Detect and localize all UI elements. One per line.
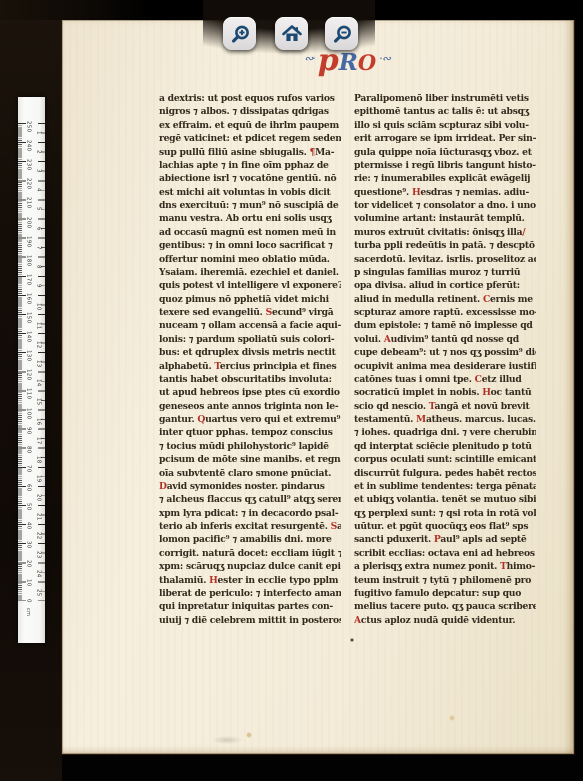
- text-line: corpus oculati sunt: scintille emicant.: [354, 453, 536, 466]
- rubric-initial: A: [354, 615, 361, 626]
- text-line: Actus aploz nudā quidē videntur.: [354, 614, 536, 627]
- text-line: opa divisa. aliud in cortice pferūt:: [354, 279, 536, 292]
- text-line: qd interptat sciēcie plenitudo p totū: [354, 440, 536, 453]
- text-line: dum epistole: ⁊ tamē nō implesse qd: [354, 319, 536, 332]
- text-line: volui. Audivim⁹ tantū qd nosse qd: [354, 333, 536, 346]
- rubric-initial: S: [266, 307, 272, 318]
- text-line: David symonides noster. pindarus: [159, 480, 341, 493]
- text-line: Paralipomenō liber instrumēti vetis: [354, 92, 536, 105]
- text-line: qʒ perplexi sunt: ⁊ qsi rota in rotā vol…: [354, 507, 536, 520]
- ruler-label: 12: [35, 341, 41, 349]
- ruler-label: 220: [25, 178, 31, 189]
- ruler-label: 6: [35, 227, 41, 231]
- ruler-label: 180: [25, 255, 31, 266]
- text-line: alphabetū. Tercius principia et fines: [159, 360, 341, 373]
- ruler-label: 21: [35, 513, 41, 521]
- ruler-label: 17: [35, 437, 41, 445]
- text-line: muros extruūt civitatis: ōnisqʒ illa/: [354, 226, 536, 239]
- text-line: socraticū implet in nobis. Hoc tantū: [354, 386, 536, 399]
- text-line: melius tacere puto. qʒ pauca scribere.: [354, 600, 536, 613]
- ruler-label: 7: [35, 246, 41, 250]
- ruler-label: 19: [35, 475, 41, 483]
- text-line: nigros ⁊ albos. ⁊ dissipatas qdrigas: [159, 105, 341, 118]
- text-line: offertur nomini meo oblatio mūda.: [159, 253, 341, 266]
- ruler-label: 16: [35, 418, 41, 426]
- zoom-in-button[interactable]: [223, 17, 256, 50]
- text-line: et ubiqʒ volantia. tenēt se mutuo sibi-: [354, 493, 536, 506]
- ruler-label: 10: [35, 303, 41, 311]
- text-line: quoz pimus nō pphetiā videt michi: [159, 293, 341, 306]
- text-line: inter qtuor pphas. tempoz conscius: [159, 426, 341, 439]
- ruler-label: 2: [35, 150, 41, 154]
- text-line: gula quippe noīa iūcturasqʒ vboz. et: [354, 146, 536, 159]
- text-line: ptermisse i regū libris tangunt histo-: [354, 159, 536, 172]
- text-line: ⁊ tocius mūdi philohystoric⁹ lapidē: [159, 440, 341, 453]
- text-line: est michi ait voluntas in vobis dicit: [159, 186, 341, 199]
- text-line: a dextris: ut post equos rufos varios: [159, 92, 341, 105]
- ruler-label: 110: [25, 388, 31, 399]
- text-column-right: Paralipomenō liber instrumēti vetisepith…: [354, 92, 536, 627]
- ruler-label: 5: [35, 207, 41, 211]
- ruler-label: 18: [35, 456, 41, 464]
- ruler-label: 0: [25, 599, 31, 603]
- ruler-label: 10: [25, 579, 31, 587]
- text-line: corrigit. naturā docet: eccliam iūgit ⁊: [159, 547, 341, 560]
- rubric-initial: C: [475, 374, 482, 385]
- ruler-label: 24: [35, 570, 41, 578]
- text-line: ⁊ alcheus flaccus qʒ catull⁹ atqʒ seren⁹…: [159, 493, 341, 506]
- ruler-label: 70: [25, 465, 31, 473]
- text-line: scio qd nescio. Tangā et novū brevit: [354, 400, 536, 413]
- text-line: geneseos ante annos triginta non le-: [159, 400, 341, 413]
- ruler-label: 50: [25, 503, 31, 511]
- rubric-initial: H: [482, 387, 490, 398]
- ruler-label: 210: [25, 197, 31, 208]
- rubric-initial: D: [159, 481, 167, 492]
- ruler-label: cm: [25, 608, 30, 616]
- ruler-label: 40: [25, 522, 31, 530]
- ruler-label: 80: [25, 446, 31, 454]
- ruler-label: 4: [35, 188, 41, 192]
- house-icon: [281, 23, 303, 45]
- text-line: sacerdotū. levitaz. isrlis. proselitoz a…: [354, 253, 536, 266]
- text-line: liberat de periculo: ⁊ interfecto aman: [159, 587, 341, 600]
- text-line: lonis: ⁊ pardum spoliatū suis colori-: [159, 333, 341, 346]
- text-line: erit arrogare se ipm irrideat. Per sin-: [354, 132, 536, 145]
- text-line: questione⁹. Hesdras ⁊ nemias. adiu-: [354, 186, 536, 199]
- rubric-initial: ¶: [310, 147, 316, 158]
- rubric-initial: /: [522, 227, 525, 238]
- ruler-label: 150: [25, 312, 31, 323]
- text-line: discurrūt fulgura. pedes habēt rectos.: [354, 467, 536, 480]
- text-line: sancti pduxerit. Paul⁹ apls ad septē: [354, 533, 536, 546]
- ruler-label: 13: [35, 360, 41, 368]
- text-line: ⁊ iohes. quadriga dni. ⁊ vere cherubin: [354, 426, 536, 439]
- text-line: turba ppli redeūtis in patā. ⁊ descptō: [354, 239, 536, 252]
- text-line: illo si quis sciām scpturaz sibi volu-: [354, 119, 536, 132]
- ruler-label: 200: [25, 217, 31, 228]
- ruler-label: 9: [35, 284, 41, 288]
- text-line: epithomē tantus ac talis ē: ut absqʒ: [354, 105, 536, 118]
- text-line: uūtur. et pgūt quocūqʒ eos flat⁹ sps: [354, 520, 536, 533]
- text-line: volumine artant: instaurāt templū.: [354, 212, 536, 225]
- home-button[interactable]: [275, 17, 308, 50]
- ruler-label: 20: [35, 494, 41, 502]
- text-line: ex effraim. et equū de ihrlm paupem: [159, 119, 341, 132]
- ruler-label: 240: [25, 140, 31, 151]
- text-line: rie: ⁊ inumerabiles explicāt ewāgelij: [354, 172, 536, 185]
- text-line: catōnes tuas i omni tpe. Cetz illud: [354, 373, 536, 386]
- magnifier-minus-icon: [331, 23, 353, 45]
- text-line: lomon pacific⁹ ⁊ amabilis dni. more: [159, 533, 341, 546]
- text-line: gentibus: ⁊ in omni loco sacrificat ⁊: [159, 239, 341, 252]
- rubric-initial: H: [209, 575, 217, 586]
- text-line: pcisum de mōte sine manibs. et regna: [159, 453, 341, 466]
- text-line: tor videlicet ⁊ consolator a dno. i uno: [354, 199, 536, 212]
- text-line: testamentū. Matheus. marcus. lucas.: [354, 413, 536, 426]
- ruler-label: 1: [35, 131, 41, 135]
- text-line: qui inpretatur iniquitas partes con-: [159, 600, 341, 613]
- ruler-label: 8: [35, 265, 41, 269]
- text-line: Ysaiam. iheremiā. ezechiel et daniel.: [159, 266, 341, 279]
- text-line: tantis habet obscuritatibs involuta:: [159, 373, 341, 386]
- text-line: oīa subvtentē claro smone pnūciat.: [159, 467, 341, 480]
- text-line: sup pullū filiū asine sbiugalis. ¶Ma-: [159, 146, 341, 159]
- rubric-initial: A: [384, 334, 391, 345]
- text-line: nuceam ⁊ ollam accensā a facie aqui-: [159, 319, 341, 332]
- ruler-label: 130: [25, 350, 31, 361]
- rubric-initial: T: [429, 401, 435, 412]
- text-line: uiuij ⁊ diē celebrem mittit in posteros.: [159, 614, 341, 627]
- ruler-label: 22: [35, 532, 41, 540]
- manuscript-page[interactable]: ∾· pRO ·∾ a dextris: ut post equos rufos…: [62, 20, 574, 754]
- rubric-initial: T: [214, 361, 220, 372]
- text-line: ad occasū magnū est nomen meū in: [159, 226, 341, 239]
- text-line: regē vaticinet: et pdicet regem sedentē: [159, 132, 341, 145]
- text-line: bus: et qdruplex divsis metris nectit: [159, 346, 341, 359]
- rubric-initial: Q: [197, 414, 205, 425]
- ruler-label: 15: [35, 398, 41, 406]
- ruler-label: 14: [35, 379, 41, 387]
- text-line: cupe debeam⁹: ut ⁊ nos qʒ possim⁹ dice:: [354, 346, 536, 359]
- rubric-initial: T: [500, 561, 507, 572]
- ruler-label: 30: [25, 541, 31, 549]
- text-line: scpturaz amore raptū. excessisse mo-: [354, 306, 536, 319]
- rubric-initial: C: [483, 294, 490, 305]
- rubric-initial: H: [412, 187, 420, 198]
- text-line: gantur. Quartus vero qui et extremu⁹: [159, 413, 341, 426]
- ruler: 2502402302202102001901801701601501401301…: [18, 97, 45, 643]
- ruler-label: 20: [25, 560, 31, 568]
- ruler-label: 25: [35, 589, 41, 597]
- ruler-label: 23: [35, 551, 41, 559]
- text-line: manu vestra. Ab ortu eni solis usqʒ: [159, 212, 341, 225]
- text-line: ocupivit anima mea desiderare iustifi-: [354, 360, 536, 373]
- ruler-label: 60: [25, 484, 31, 492]
- text-line: a plerisqʒ extra numez ponit. Thimo-: [354, 560, 536, 573]
- text-line: scribit ecclias: octava eni ad hebreos: [354, 547, 536, 560]
- rubric-initial: M: [416, 414, 426, 425]
- ruler-label: 170: [25, 274, 31, 285]
- ruler-label: 250: [25, 121, 31, 132]
- text-line: lachias apte ⁊ in fine oīm pphaz de: [159, 159, 341, 172]
- ruler-label: 230: [25, 159, 31, 170]
- text-line: teum instruit ⁊ tytū ⁊ philomenē pro: [354, 574, 536, 587]
- magnifier-plus-icon: [229, 23, 251, 45]
- text-line: ut apud hebreos ipse ptes cū exordio: [159, 386, 341, 399]
- text-line: dns exercituū: ⁊ mun⁹ nō suscipiā de: [159, 199, 341, 212]
- text-line: fugitivo famulo depcatur: sup quo: [354, 587, 536, 600]
- ruler-label: 140: [25, 331, 31, 342]
- zoom-out-button[interactable]: [325, 17, 358, 50]
- rubric-initial: S: [331, 521, 337, 532]
- text-line: xpm lyra pdicat: ⁊ in decacordo psal-: [159, 507, 341, 520]
- rubric-initial: P: [434, 534, 440, 545]
- text-line: abiectione isrl ⁊ vocatōne gentiū. nō: [159, 172, 341, 185]
- title-right-flourish-icon: ·∾: [379, 52, 390, 65]
- ruler-label: 160: [25, 293, 31, 304]
- text-line: xpm: scāruqʒ nupciaz dulce canit epi-: [159, 560, 341, 573]
- text-line: terio ab inferis excitat resurgentē. Sa-: [159, 520, 341, 533]
- text-line: thalamiū. Hester in ecclie typo pplm: [159, 574, 341, 587]
- ruler-label: 90: [25, 427, 31, 435]
- ruler-label: 3: [35, 169, 41, 173]
- ruler-label: 190: [25, 236, 31, 247]
- ruler-label: 11: [35, 322, 41, 330]
- text-line: quis potest vl intelligere vl exponere?: [159, 279, 341, 292]
- text-line: aliud in medulla retinent. Cernis me: [354, 293, 536, 306]
- text-line: p singulas familias muroz ⁊ turriū: [354, 266, 536, 279]
- text-line: et in sublime tendentes: terga pēnata: [354, 480, 536, 493]
- ruler-label: 100: [25, 408, 31, 419]
- ruler-label: 120: [25, 369, 31, 380]
- text-column-left: a dextris: ut post equos rufos variosnig…: [159, 92, 341, 627]
- text-line: texere sed evangeliū. Secund⁹ virgā: [159, 306, 341, 319]
